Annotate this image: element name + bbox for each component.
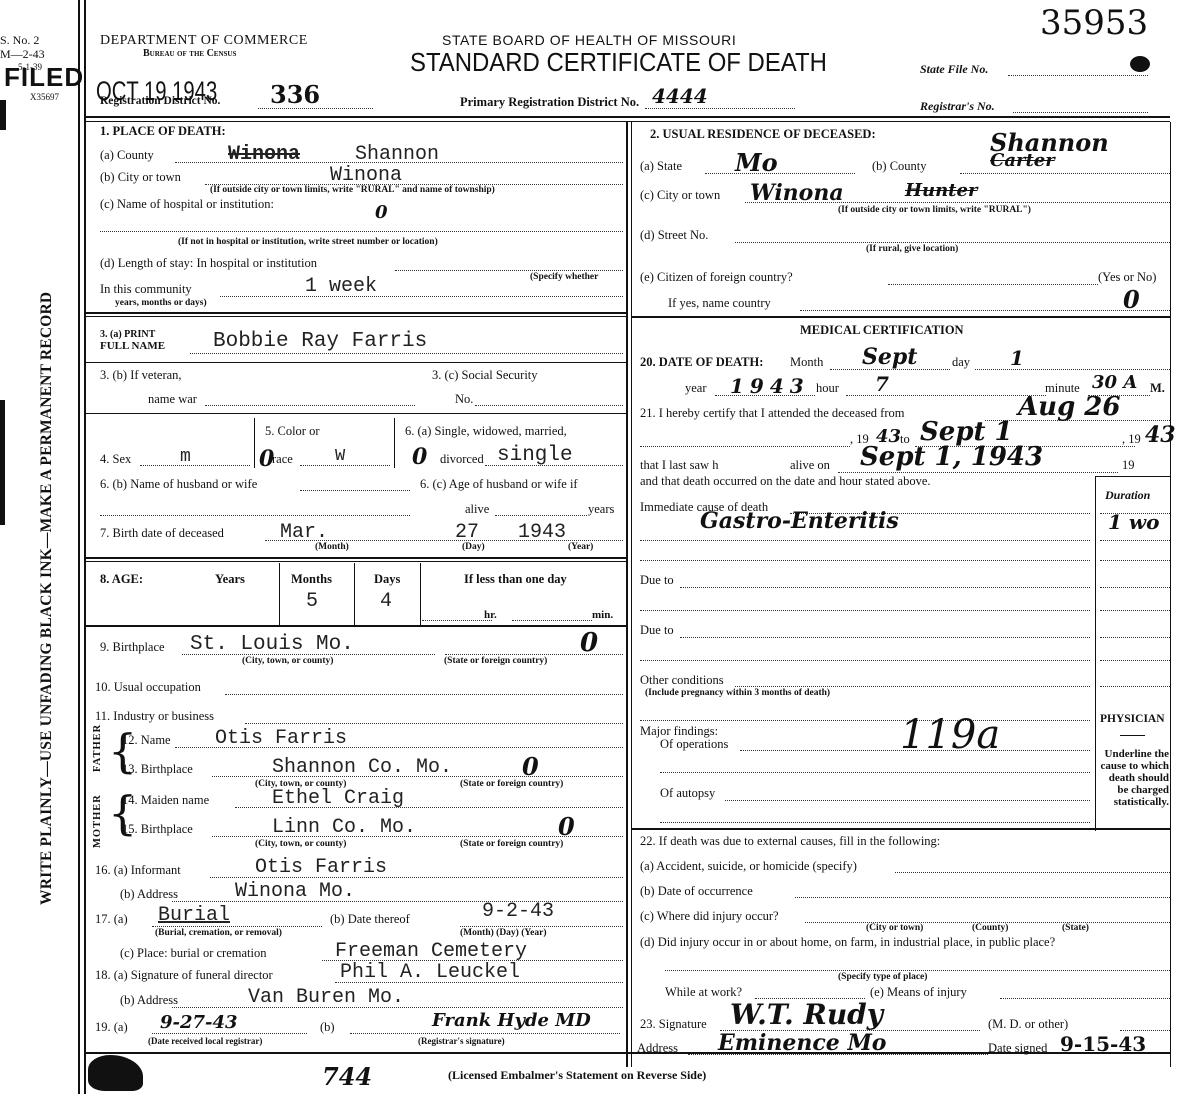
death-meridian-label: M. bbox=[1150, 381, 1165, 396]
county-label: (a) County bbox=[100, 148, 154, 163]
burial-date-label: (b) Date thereof bbox=[330, 912, 410, 927]
burial-label: 17. (a) bbox=[95, 912, 128, 927]
date-of-death-label: 20. DATE OF DEATH: bbox=[640, 355, 763, 370]
frame-left-inner bbox=[84, 0, 86, 1094]
informant-value: Otis Farris bbox=[255, 856, 387, 879]
death-month-value: Sept bbox=[862, 344, 917, 370]
birthplace-state-mark: 0 bbox=[580, 628, 598, 658]
physician-address-value: Eminence Mo bbox=[718, 1030, 886, 1056]
residence-city-label: (c) City or town bbox=[640, 188, 720, 203]
marital-status-value: single bbox=[497, 444, 573, 467]
birthplace-city-caption: (City, town, or county) bbox=[242, 656, 333, 666]
citizen-label: (e) Citizen of foreign country? bbox=[640, 270, 793, 285]
hospital-value: 0 bbox=[375, 202, 388, 223]
father-name-label: 12. Name bbox=[122, 733, 171, 748]
ink-blot bbox=[1130, 56, 1150, 72]
mother-birthplace-label: 15. Birthplace bbox=[122, 822, 193, 837]
death-year-value: 1943 bbox=[730, 374, 810, 398]
handwritten-number: 744 bbox=[322, 1062, 372, 1091]
hospital-label: (c) Name of hospital or institution: bbox=[100, 197, 274, 212]
birthplace-label: 9. Birthplace bbox=[100, 640, 165, 655]
burial-place-value: Freeman Cemetery bbox=[335, 940, 527, 963]
funeral-address-label: (b) Address bbox=[120, 993, 178, 1008]
birth-day-value: 27 bbox=[455, 521, 479, 544]
board-label: STATE BOARD OF HEALTH OF MISSOURI bbox=[442, 32, 736, 48]
frame-left-outer bbox=[78, 0, 80, 1094]
birth-year-caption: (Year) bbox=[568, 542, 593, 552]
embalmer-statement-note: (Licensed Embalmer's Statement on Revers… bbox=[448, 1068, 706, 1083]
form-number: S. No. 2 bbox=[0, 33, 39, 48]
page-title: STANDARD CERTIFICATE OF DEATH bbox=[410, 47, 827, 78]
veteran-label: 3. (b) If veteran, bbox=[100, 368, 182, 383]
hospital-note: (If not in hospital or institution, writ… bbox=[178, 237, 438, 247]
deceased-full-name: Bobbie Ray Farris bbox=[213, 330, 427, 353]
place-of-death-heading: 1. PLACE OF DEATH: bbox=[100, 124, 226, 139]
informant-address-value: Winona Mo. bbox=[235, 880, 355, 903]
marital-label: 6. (a) Single, widowed, married, bbox=[405, 424, 567, 439]
mother-side-label: MOTHER bbox=[92, 794, 103, 848]
name-war-label: name war bbox=[148, 392, 197, 407]
due-to-label-1: Due to bbox=[640, 573, 674, 588]
department-label: DEPARTMENT OF COMMERCE bbox=[100, 33, 308, 49]
color-label: 5. Color or bbox=[265, 424, 320, 439]
burial-place-label: (c) Place: burial or cremation bbox=[120, 946, 266, 961]
community-value: 1 week bbox=[305, 275, 377, 298]
father-name-value: Otis Farris bbox=[215, 727, 347, 750]
age-years-header: Years bbox=[215, 572, 245, 587]
community-note: years, months or days) bbox=[115, 298, 207, 308]
medical-certification-heading: MEDICAL CERTIFICATION bbox=[800, 323, 964, 338]
registration-district-label: Registration District No. bbox=[100, 95, 220, 107]
birth-day-caption: (Day) bbox=[462, 542, 485, 552]
injury-county-caption: (County) bbox=[972, 923, 1008, 933]
mother-birthplace-state-mark: 0 bbox=[558, 812, 575, 841]
age-days-value: 4 bbox=[380, 590, 392, 613]
age-less-than-day-header: If less than one day bbox=[464, 572, 567, 587]
md-label: (M. D. or other) bbox=[988, 1017, 1068, 1032]
sex-value: m bbox=[180, 447, 191, 467]
primary-district-label: Primary Registration District No. bbox=[460, 95, 639, 110]
death-hour-value: 7 bbox=[875, 372, 889, 396]
last-saw-label: that I last saw h bbox=[640, 458, 718, 473]
residence-state-value: Mo bbox=[735, 148, 778, 177]
operations-label: Of operations bbox=[660, 737, 728, 752]
right-frame bbox=[1170, 122, 1171, 1067]
death-minute-value: 30 A bbox=[1092, 372, 1137, 393]
age-hr-label: hr. bbox=[484, 609, 497, 621]
stamp-number: 5-1-39 bbox=[18, 62, 42, 72]
informant-address-label: (b) Address bbox=[120, 887, 178, 902]
county-struck-value: Winona bbox=[228, 143, 300, 166]
other-conditions-note: (Include pregnancy within 3 months of de… bbox=[645, 688, 830, 698]
father-birthplace-value: Shannon Co. Mo. bbox=[272, 756, 452, 779]
race-label: race bbox=[272, 452, 293, 467]
mother-birthplace-value: Linn Co. Mo. bbox=[272, 816, 416, 839]
death-year-label: year bbox=[685, 381, 707, 396]
years-label: years bbox=[588, 502, 614, 517]
accident-label: (a) Accident, suicide, or homicide (spec… bbox=[640, 859, 857, 874]
last-saw-year-label: 19 bbox=[1122, 458, 1135, 473]
birth-month-value: Mar. bbox=[280, 521, 328, 544]
injury-state-caption: (State) bbox=[1062, 923, 1089, 933]
race-value: W bbox=[335, 447, 345, 466]
residence-county-struck: Carter bbox=[990, 150, 1055, 171]
spouse-age-label: 6. (c) Age of husband or wife if bbox=[420, 477, 578, 492]
street-note: (If rural, give location) bbox=[866, 244, 958, 254]
immediate-cause-value: Gastro-Enteritis bbox=[700, 508, 899, 534]
date-signed-label: Date signed bbox=[988, 1041, 1047, 1056]
residence-county-label: (b) County bbox=[872, 159, 927, 174]
mother-maiden-name-label: 14. Maiden name bbox=[122, 793, 209, 808]
divorced-label: divorced bbox=[440, 452, 484, 467]
registrars-no-label: Registrar's No. bbox=[920, 99, 995, 114]
age-months-value: 5 bbox=[306, 590, 318, 613]
form-code: M—2-43 bbox=[0, 47, 45, 62]
funeral-director-label: 18. (a) Signature of funeral director bbox=[95, 968, 273, 983]
marital-mark: 0 bbox=[412, 444, 427, 470]
attended-from-value: Aug 26 bbox=[1018, 392, 1121, 422]
residence-state-label: (a) State bbox=[640, 159, 682, 174]
means-of-injury-label: (e) Means of injury bbox=[870, 985, 967, 1000]
margin-notice: WRITE PLAINLY—USE UNFADING BLACK INK—MAK… bbox=[38, 292, 56, 905]
death-occurred-statement: and that death occurred on the date and … bbox=[640, 474, 931, 489]
print-label: 3. (a) PRINT bbox=[100, 329, 155, 340]
registrar-signature-caption: (Registrar's signature) bbox=[418, 1036, 505, 1046]
registrar-date-label: 19. (a) bbox=[95, 1020, 128, 1035]
funeral-director-value: Phil A. Leuckel bbox=[340, 961, 520, 984]
county-value: Shannon bbox=[355, 143, 439, 166]
sex-label: 4. Sex bbox=[100, 452, 131, 467]
city-label: (b) City or town bbox=[100, 170, 181, 185]
immediate-cause-duration: 1 wo bbox=[1108, 510, 1159, 534]
street-label: (d) Street No. bbox=[640, 228, 708, 243]
physician-address-label: Address bbox=[637, 1041, 678, 1056]
mother-state-caption: (State or foreign country) bbox=[460, 839, 563, 849]
spouse-name-label: 6. (b) Name of husband or wife bbox=[100, 477, 257, 492]
residence-city-note: (If outside city or town limits, write "… bbox=[838, 205, 1031, 215]
physician-signature: W.T. Rudy bbox=[730, 998, 883, 1031]
filed-stamp: FILED bbox=[4, 62, 84, 93]
specify-note: (Specify whether bbox=[530, 272, 598, 282]
birthplace-state-caption: (State or foreign country) bbox=[444, 656, 547, 666]
birthplace-value: St. Louis Mo. bbox=[190, 633, 354, 656]
mother-maiden-name-value: Ethel Craig bbox=[272, 787, 404, 810]
death-hour-label: hour bbox=[816, 381, 839, 396]
registrar-signature-label: (b) bbox=[320, 1020, 335, 1035]
informant-label: 16. (a) Informant bbox=[95, 863, 181, 878]
registrar-signature: Frank Hyde MD bbox=[432, 1010, 591, 1031]
attended-to-year: 43 bbox=[1145, 422, 1176, 448]
column-divider bbox=[631, 122, 632, 1067]
column-divider bbox=[626, 122, 628, 1067]
injury-location-label: (c) Where did injury occur? bbox=[640, 909, 779, 924]
duration-header: Duration bbox=[1105, 488, 1150, 503]
header-divider bbox=[85, 116, 1170, 118]
funeral-address-value: Van Buren Mo. bbox=[248, 986, 404, 1009]
date-signed-value: 9-15-43 bbox=[1060, 1032, 1146, 1056]
burial-date-value: 9-2-43 bbox=[482, 900, 554, 923]
age-months-header: Months bbox=[291, 572, 332, 587]
physician-signature-label: 23. Signature bbox=[640, 1017, 707, 1032]
registrar-date-caption: (Date received local registrar) bbox=[148, 1036, 262, 1046]
social-security-no-label: No. bbox=[455, 392, 473, 407]
foreign-country-label: If yes, name country bbox=[668, 296, 771, 311]
autopsy-label: Of autopsy bbox=[660, 786, 715, 801]
city-note: (If outside city or town limits, write "… bbox=[210, 185, 495, 195]
registrar-date-value: 9-27-43 bbox=[160, 1012, 238, 1033]
external-causes-heading: 22. If death was due to external causes,… bbox=[640, 834, 940, 849]
last-saw-alive-label: alive on bbox=[790, 458, 830, 473]
age-days-header: Days bbox=[374, 572, 400, 587]
certificate-number: 35953 bbox=[1040, 3, 1148, 43]
disposition-value: Burial bbox=[158, 904, 230, 927]
social-security-label: 3. (c) Social Security bbox=[432, 368, 538, 383]
attended-label: 21. I hereby certify that I attended the… bbox=[640, 406, 904, 421]
residence-city-value: Winona bbox=[750, 180, 844, 206]
injury-place-type-label: (d) Did injury occur in or about home, o… bbox=[640, 935, 1055, 950]
margin-black-mark bbox=[0, 100, 6, 130]
father-birthplace-state-mark: 0 bbox=[522, 752, 539, 781]
cause-code: 119a bbox=[900, 712, 1000, 758]
physician-label: PHYSICIAN bbox=[1100, 713, 1165, 725]
father-birthplace-label: 13. Birthplace bbox=[122, 762, 193, 777]
community-label: In this community bbox=[100, 282, 192, 297]
state-file-label: State File No. bbox=[920, 62, 988, 77]
date-of-occurrence-label: (b) Date of occurrence bbox=[640, 884, 753, 899]
birth-date-label: 7. Birth date of deceased bbox=[100, 526, 224, 541]
alive-label: alive bbox=[465, 502, 489, 517]
other-conditions-label: Other conditions bbox=[640, 673, 724, 688]
specify-place-caption: (Specify type of place) bbox=[838, 972, 927, 982]
yes-no-label: (Yes or No) bbox=[1098, 270, 1156, 285]
stamp-x-number: X35697 bbox=[30, 92, 59, 102]
length-of-stay-label: (d) Length of stay: In hospital or insti… bbox=[100, 256, 317, 271]
death-day-value: 1 bbox=[1010, 346, 1024, 370]
foreign-country-value: 0 bbox=[1123, 285, 1140, 314]
mother-city-caption: (City, town, or county) bbox=[255, 839, 346, 849]
burial-date-caption: (Month) (Day) (Year) bbox=[460, 928, 547, 938]
occupation-label: 10. Usual occupation bbox=[95, 680, 201, 695]
corner-ink-blot bbox=[88, 1055, 143, 1091]
due-to-label-2: Due to bbox=[640, 623, 674, 638]
full-name-label: FULL NAME bbox=[100, 340, 165, 352]
registration-district-value: 336 bbox=[270, 80, 320, 109]
age-label: 8. AGE: bbox=[100, 572, 143, 587]
usual-residence-heading: 2. USUAL RESIDENCE OF DECEASED: bbox=[650, 127, 876, 142]
death-month-label: Month bbox=[790, 355, 823, 370]
father-side-label: FATHER bbox=[92, 724, 103, 772]
city-value: Winona bbox=[330, 164, 402, 187]
underline-instruction: Underline the cause to which death shoul… bbox=[1097, 748, 1169, 808]
birth-month-caption: (Month) bbox=[315, 542, 349, 552]
father-state-caption: (State or foreign country) bbox=[460, 779, 563, 789]
primary-district-value: 4444 bbox=[652, 84, 708, 108]
injury-city-caption: (City or town) bbox=[866, 923, 923, 933]
disposition-caption: (Burial, cremation, or removal) bbox=[155, 928, 282, 938]
attended-to-year-prefix: , 19 bbox=[1122, 432, 1141, 447]
bureau-label: Bureau of the Census bbox=[143, 48, 236, 59]
death-day-label: day bbox=[952, 355, 970, 370]
industry-label: 11. Industry or business bbox=[95, 709, 214, 724]
age-min-label: min. bbox=[592, 609, 613, 621]
residence-city-struck: Hunter bbox=[905, 180, 977, 201]
birth-year-value: 1943 bbox=[518, 521, 566, 544]
last-saw-value: Sept 1, 1943 bbox=[860, 442, 1043, 472]
margin-black-mark bbox=[0, 400, 5, 525]
